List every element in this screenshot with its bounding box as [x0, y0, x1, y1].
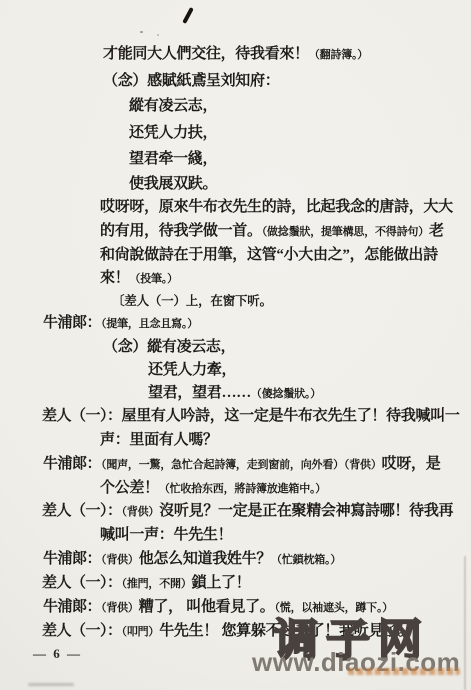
text-segment: （背供）	[122, 506, 160, 518]
text-segment: 糟了， 叫他看見了。	[139, 599, 275, 615]
text-segment: （提筆，且念且寫。）	[101, 318, 198, 330]
page-edge-crease	[464, 556, 466, 690]
text-segment: 沒听見？一定是正在聚精会神寫詩哪！待我再	[159, 503, 453, 519]
text-segment: 的有用，待我学做一首。	[100, 223, 262, 239]
script-line: 还凭人力牽，	[148, 360, 236, 380]
ink-blemish-slash	[182, 7, 194, 24]
text-segment: 喊叫一声：牛先生！	[100, 527, 232, 543]
script-line: 哎呀呀，原來牛布衣先生的詩，比起我念的唐詩，大大	[100, 197, 453, 217]
script-line: （念）感賦紙鳶呈刘知府：	[103, 71, 279, 91]
script-line: 差人（一）：（推門，不開）鎖上了！	[42, 573, 250, 594]
text-segment: 縱有凌云志，	[129, 98, 217, 114]
ink-speck	[157, 34, 159, 36]
text-segment: 才能同大人們交往，待我看來！	[103, 46, 309, 62]
speaker-name: 牛浦郞：	[43, 315, 101, 331]
text-segment: （背供）	[101, 602, 139, 614]
text-segment: 还凭人力牽，	[148, 362, 236, 378]
text-segment: 〔差人（一）上，在窗下听。	[112, 294, 272, 308]
text-segment: （背供）	[101, 554, 139, 566]
speaker-name: 牛浦郞：	[43, 599, 101, 615]
script-line: 使我展双趺。	[129, 174, 217, 194]
script-line: 和尙說做詩在于用筆，这管“小大由之”，怎能做出詩	[100, 245, 438, 265]
script-line: 个公差！（忙收拾东西，將詩簿放進箱中。）	[100, 478, 326, 499]
text-segment: （念）感賦紙鳶呈刘知府：	[103, 73, 279, 89]
text-segment: （投筆。）	[129, 273, 178, 285]
text-segment: （翻詩簿。）	[309, 49, 368, 61]
script-line: 声：里面有人嗎？	[100, 430, 218, 450]
text-segment: 他怎么知道我姓牛？	[139, 551, 271, 567]
script-line: 牛浦郞：（聞声，一驚，急忙合起詩簿，走到窗前，向外看）（背供）哎呀，是	[43, 454, 440, 475]
text-segment: （傻捻鬚狀。）	[251, 388, 321, 400]
speaker-name: 牛浦郞：	[43, 456, 101, 472]
text-segment: 哎呀，是	[382, 456, 441, 472]
text-segment: （忙鎖枕箱。）	[271, 554, 341, 566]
text-segment: （推門，不開）	[122, 578, 192, 590]
text-segment: 來！	[100, 270, 129, 286]
script-line: 望君牵一綫，	[129, 149, 217, 169]
script-line: 縱有凌云志，	[129, 96, 217, 116]
text-segment: 使我展双趺。	[129, 176, 217, 192]
ink-speck	[140, 31, 143, 33]
speaker-name: 牛浦郞：	[43, 551, 101, 567]
speaker-name: 差人（一）：	[42, 503, 122, 519]
text-segment: 个公差！	[100, 480, 159, 496]
text-segment: 望君牵一綫，	[129, 151, 217, 167]
speaker-name: 差人（一）：	[42, 408, 122, 424]
text-segment: （念）縱有凌云志，	[103, 339, 235, 355]
script-line: 的有用，待我学做一首。（做捻鬚狀，提筆構思，不得詩句）老	[100, 221, 444, 242]
script-line: 牛浦郞：（背供）他怎么知道我姓牛？（忙鎖枕箱。）	[43, 549, 341, 570]
script-line: 來！（投筆。）	[100, 268, 178, 289]
text-segment: 和尙說做詩在于用筆，这管“小大由之”，怎能做出詩	[100, 247, 438, 263]
scan-smudge	[28, 683, 74, 686]
text-segment: 哎呀呀，原來牛布衣先生的詩，比起我念的唐詩，大大	[100, 199, 453, 215]
script-line: 〔差人（一）上，在窗下听。	[112, 291, 272, 311]
script-line: 才能同大人們交往，待我看來！（翻詩簿。）	[103, 44, 368, 65]
script-line: 望君，望君……（傻捻鬚狀。）	[148, 383, 321, 404]
script-line: 差人（一）：（背供）沒听見？一定是正在聚精会神寫詩哪！待我再	[42, 501, 453, 522]
script-line: （念）縱有凌云志，	[103, 337, 235, 357]
text-segment: 鎖上了！	[192, 575, 251, 591]
text-segment: 望君，望君……	[148, 385, 251, 401]
text-segment: （聞声，一驚，急忙合起詩簿，走到窗前，向外看）（背供）	[101, 459, 382, 471]
text-segment: 屋里有人吟詩，这一定是牛布衣先生了！待我喊叫一	[122, 408, 460, 424]
script-line: 还凭人力扶，	[129, 123, 217, 143]
scanned-page: 才能同大人們交往，待我看來！（翻詩簿。）（念）感賦紙鳶呈刘知府：縱有凌云志，还凭…	[0, 0, 471, 690]
text-segment: （忙收拾东西，將詩簿放進箱中。）	[159, 483, 326, 495]
speaker-name: 差人（一）：	[42, 623, 122, 639]
speaker-name: 差人（一）：	[42, 575, 122, 591]
page-number: — 6 —	[33, 646, 82, 662]
script-line: 差人（一）：屋里有人吟詩，这一定是牛布衣先生了！待我喊叫一	[42, 406, 460, 426]
text-segment: （叩門）	[122, 626, 160, 638]
text-segment: 老	[429, 223, 444, 239]
text-segment: 声：里面有人嗎？	[100, 432, 218, 448]
text-segment: 还凭人力扶，	[129, 125, 217, 141]
script-line: 牛浦郞：（提筆，且念且寫。）	[43, 313, 198, 334]
script-line: 喊叫一声：牛先生！	[100, 525, 232, 545]
text-segment: （做捻鬚狀，提筆構思，不得詩句）	[262, 226, 429, 238]
watermark-subtext-smudge	[348, 668, 460, 675]
